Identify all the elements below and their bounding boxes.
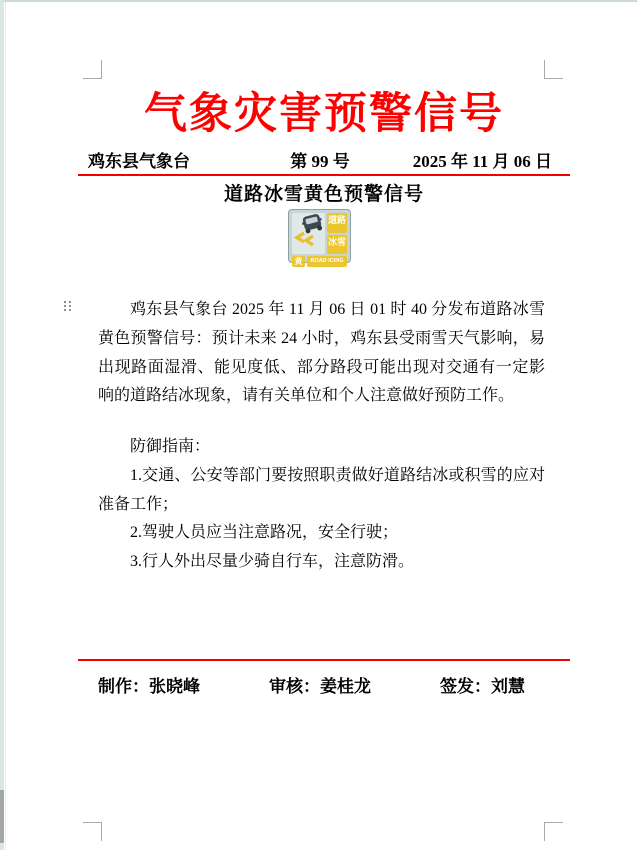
crop-mark-bottom-right [544, 822, 563, 841]
page-left-edge [0, 0, 4, 850]
skidding-car-icon [292, 213, 325, 254]
page-left-border [5, 2, 6, 850]
header-red-rule [78, 174, 570, 176]
footer-red-rule [78, 659, 570, 661]
warning-body: 鸡东县气象台 2025 年 11 月 06 日 01 时 40 分发布道路冰雪黄… [98, 296, 545, 411]
guide-item-2: 2.驾驶人员应当注意路况，安全行驶； [98, 519, 545, 548]
issuer-signature: 签发：刘慧 [440, 672, 525, 697]
warning-label-english: ROAD ICING [307, 256, 347, 267]
signature-row: 制作：张晓峰 审核：姜桂龙 签发：刘慧 [98, 672, 545, 697]
crop-mark-top-right [544, 60, 563, 79]
signal-title: 道路冰雪黄色预警信号 [78, 179, 570, 206]
warning-label-ice: 冰雪 [327, 235, 347, 255]
issue-number: 第 99 号 [260, 147, 380, 172]
reviewer-signature: 审核：姜桂龙 [269, 672, 371, 697]
drag-handle-icon[interactable] [64, 301, 72, 315]
issue-date: 2025 年 11 月 06 日 [380, 147, 570, 172]
guide-item-1: 1.交通、公安等部门要按照职责做好道路结冰或积雪的应对准备工作； [98, 462, 545, 520]
warning-icon-labels: 道路 冰雪 [327, 213, 347, 254]
station-name: 鸡东县气象台 [78, 147, 260, 172]
crop-mark-bottom-left [83, 822, 102, 841]
road-icing-warning-icon: 道路 冰雪 黄 ROAD ICING [288, 209, 351, 263]
warning-icon-top: 道路 冰雪 [292, 213, 347, 254]
defense-guide: 防御指南： 1.交通、公安等部门要按照职责做好道路结冰或积雪的应对准备工作； 2… [98, 433, 545, 577]
maker-signature: 制作：张晓峰 [98, 672, 200, 697]
warning-icon-bottom: 黄 ROAD ICING [292, 256, 347, 267]
document-title: 气象灾害预警信号 [78, 80, 570, 141]
warning-level-char: 黄 [292, 256, 305, 267]
page-left-edge-shadow [0, 790, 4, 843]
crop-mark-top-left [83, 60, 102, 79]
masthead-row: 鸡东县气象台 第 99 号 2025 年 11 月 06 日 [78, 147, 570, 172]
warning-paragraph: 鸡东县气象台 2025 年 11 月 06 日 01 时 40 分发布道路冰雪黄… [98, 296, 545, 411]
page-top-edge [0, 0, 637, 2]
guide-heading: 防御指南： [98, 433, 545, 462]
warning-label-road: 道路 [327, 213, 347, 233]
guide-item-3: 3.行人外出尽量少骑自行车，注意防滑。 [98, 548, 545, 577]
